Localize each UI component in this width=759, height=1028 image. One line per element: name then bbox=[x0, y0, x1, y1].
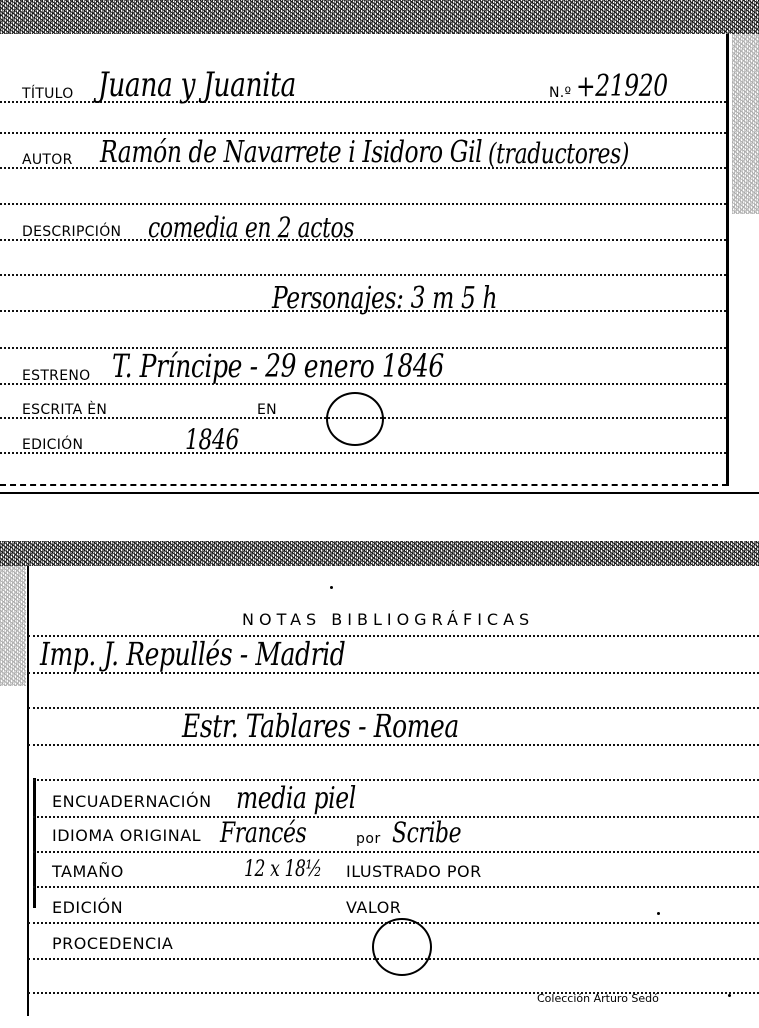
fields-box-left-border bbox=[33, 778, 36, 908]
escrita-en-label: ESCRITA ÈN bbox=[22, 403, 107, 417]
card-bottom: NOTAS BIBLIOGRÁFICAS Imp. J. Repullés - … bbox=[0, 566, 759, 1028]
edicion-value: 1846 bbox=[185, 426, 239, 454]
scan-edge-middle bbox=[0, 541, 759, 566]
en-label: EN bbox=[257, 403, 277, 417]
tamano-label: TAMAÑO bbox=[52, 864, 124, 880]
card-bottom-left-border bbox=[27, 566, 29, 1016]
titulo-value: Juana y Juanita bbox=[98, 68, 296, 102]
tamano-value: 12 x 18½ bbox=[244, 859, 322, 881]
procedencia-label: PROCEDENCIA bbox=[52, 936, 173, 952]
speck bbox=[657, 912, 660, 915]
personajes-value: Personajes: 3 m 5 h bbox=[272, 284, 497, 314]
autor-value: Ramón de Navarrete i Isidoro Gil bbox=[100, 138, 482, 168]
rule bbox=[0, 203, 726, 205]
estreno-value: T. Príncipe - 29 enero 1846 bbox=[112, 350, 444, 382]
idioma-author: Scribe bbox=[392, 819, 461, 847]
descripcion-value: comedia en 2 actos bbox=[148, 214, 354, 242]
autor-label: AUTOR bbox=[22, 153, 73, 167]
descripcion-label: DESCRIPCIÓN bbox=[22, 225, 121, 239]
estreno-label: ESTRENO bbox=[22, 369, 90, 383]
collection-credit: Colección Arturo Sedó bbox=[537, 993, 659, 1004]
rule bbox=[33, 851, 759, 853]
encuadernacion-value: media piel bbox=[236, 784, 356, 814]
nota-line-2: Estr. Tablares - Romea bbox=[182, 710, 459, 742]
rule bbox=[28, 958, 759, 960]
scan-edge-top bbox=[0, 0, 759, 34]
card-top: TÍTULO Juana y Juanita N.º +21920 AUTOR … bbox=[0, 34, 759, 494]
rule bbox=[0, 274, 726, 276]
speck bbox=[728, 994, 731, 997]
rule bbox=[0, 452, 726, 454]
punch-hole-circle bbox=[326, 392, 384, 446]
idioma-label: IDIOMA ORIGINAL bbox=[52, 828, 201, 844]
valor-label: VALOR bbox=[346, 900, 401, 916]
rule bbox=[33, 886, 759, 888]
encuadernacion-label: ENCUADERNACIÓN bbox=[52, 794, 212, 810]
numero-value: +21920 bbox=[576, 72, 668, 102]
speck bbox=[330, 586, 333, 589]
edicion-label: EDICIÓN bbox=[22, 438, 83, 452]
divider bbox=[0, 492, 759, 494]
ilustrado-label: ILUSTRADO POR bbox=[346, 864, 482, 880]
punch-hole-circle bbox=[372, 918, 432, 976]
card-top-right-border bbox=[726, 34, 729, 486]
idioma-value: Francés bbox=[220, 819, 306, 847]
nota-line-1: Imp. J. Repullés - Madrid bbox=[40, 638, 345, 670]
card-top-bottom-edge bbox=[0, 484, 728, 486]
notas-heading: NOTAS BIBLIOGRÁFICAS bbox=[242, 612, 534, 628]
rule bbox=[28, 672, 759, 674]
titulo-label: TÍTULO bbox=[22, 87, 74, 101]
rule bbox=[28, 744, 759, 746]
numero-label: N.º bbox=[549, 86, 571, 100]
scan-edge-right bbox=[732, 34, 759, 214]
rule bbox=[0, 132, 726, 134]
autor-note: (traductores) bbox=[488, 140, 629, 168]
rule bbox=[33, 779, 759, 781]
idioma-connector: por bbox=[356, 832, 381, 846]
edicion-label-bottom: EDICIÓN bbox=[52, 900, 123, 916]
